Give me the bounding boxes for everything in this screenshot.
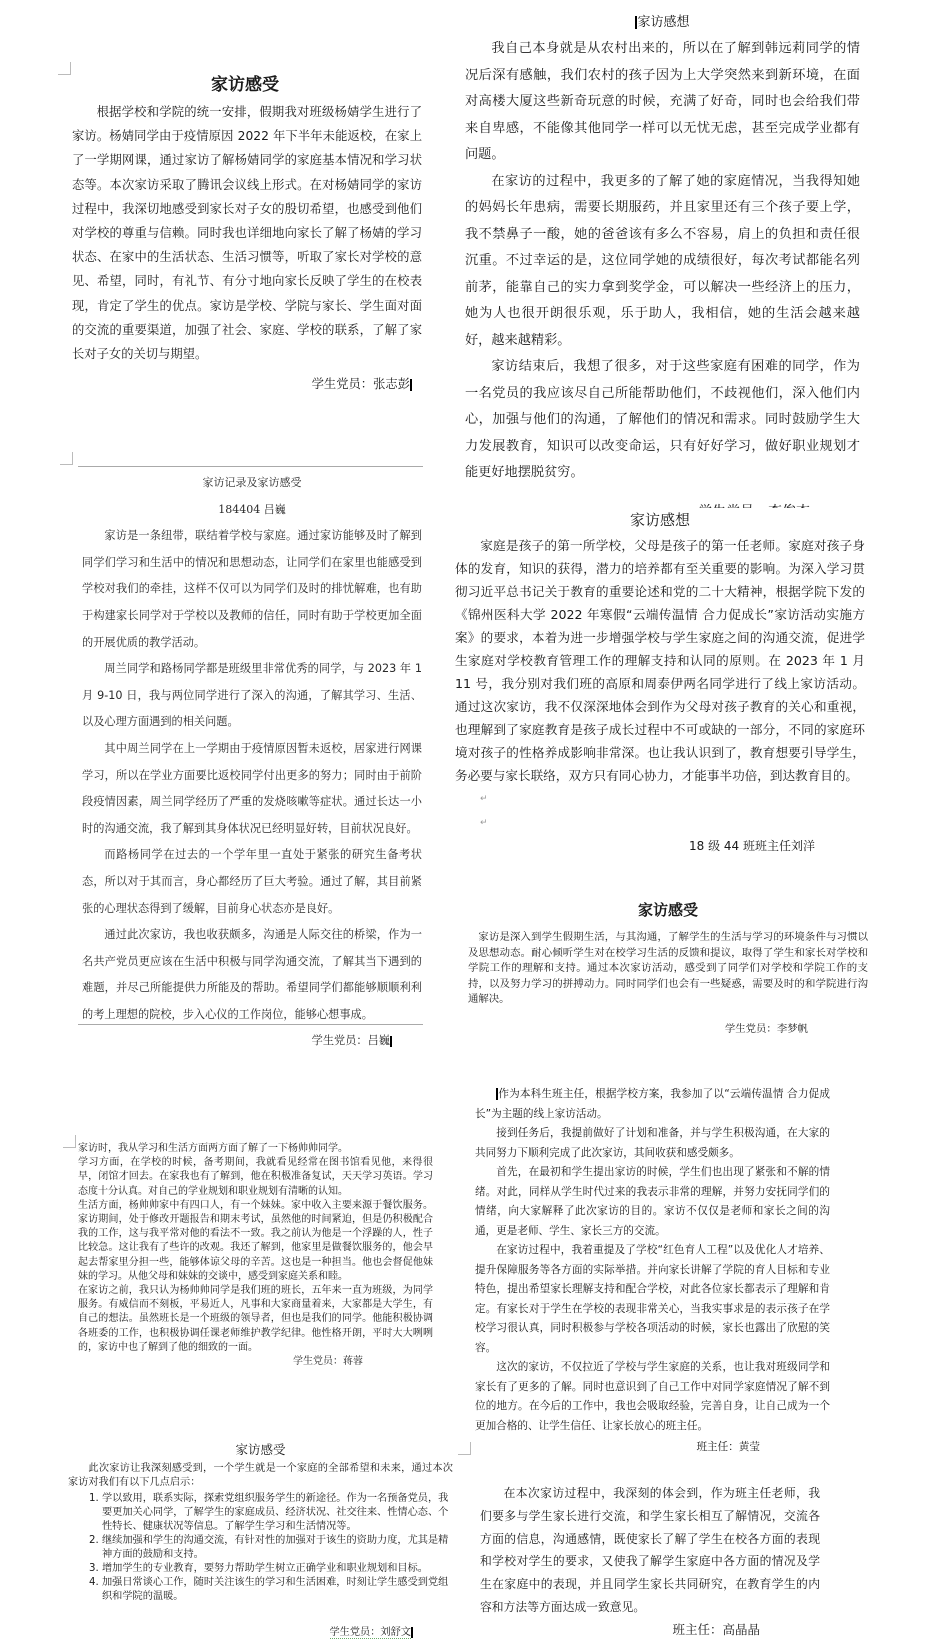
paragraph-mark: ↵ — [455, 787, 865, 811]
document-paragraph: 这次的家访，不仅拉近了学校与学生家庭的关系，也让我对班级同学和家长有了更多的了解… — [475, 1358, 830, 1436]
text-cursor — [410, 379, 412, 391]
insight-item: 继续加强和学生的沟通交流，有针对性的加强对于该生的资助力度，尤其是精神方面的鼓励… — [102, 1534, 453, 1562]
document-title: 家访感受 — [468, 898, 868, 922]
signature: 学生党员：李梦帆 — [468, 1022, 868, 1038]
insight-item: 学以致用，联系实际，探索党组织服务学生的新途径。作为一名预备党员，我要更加关心同… — [102, 1492, 453, 1534]
document-panel-zhang: 家访感受 根据学校和学院的统一安排，假期我对班级杨婧学生进行了家访。杨婧同学由于… — [60, 62, 430, 392]
document-paragraph: 接到任务后，我提前做好了计划和准备，并与学生积极沟通，在大家的共同努力下顺利完成… — [475, 1124, 830, 1163]
document-paragraph: 家访是一条纽带，联结着学校与家庭。通过家访能够及时了解到同学们学习和生活中的情况… — [82, 523, 422, 656]
document-paragraph: 周兰同学和路杨同学都是班级里非常优秀的同学，与 2023 年 1 月 9-10 … — [82, 656, 422, 736]
document-paragraph: 在家访之前，我只认为杨帅帅同学是我们班的班长，五年来一直为班级，为同学服务。有威… — [78, 1284, 433, 1355]
document-paragraph: 作为本科生班主任，根据学校方案，我参加了以“云端传温情 合力促成长”为主题的线上… — [475, 1085, 830, 1124]
signature: 学生党员：张志彭 — [60, 372, 430, 396]
document-panel-jiang-rong: 家访时，我从学习和生活方面两方面了解了一下杨帅帅同学。 学习方面，在学校的时候，… — [78, 1142, 433, 1342]
document-paragraph: 家访是深入到学生假期生活，与其沟通，了解学生的生活与学习的环境条件与习惯以及思想… — [468, 930, 868, 1008]
page-corner-mark — [58, 62, 71, 75]
document-paragraph: 其中周兰同学在上一学期由于疫情原因暂未返校，居家进行网课学习，所以在学业方面要比… — [82, 736, 422, 842]
paragraph-mark: ↵ — [455, 811, 865, 835]
document-panel-huang-ying: 作为本科生班主任，根据学校方案，我参加了以“云端传温情 合力促成长”为主题的线上… — [475, 1085, 830, 1435]
document-paragraph-text: 作为本科生班主任，根据学校方案，我参加了以“云端传温情 合力促成长”为主题的线上… — [475, 1088, 830, 1120]
document-paragraph: 在本次家访过程中，我深刻的体会到，作为班主任老师，我们要多与学生家长进行交流，和… — [480, 1482, 820, 1619]
document-title-text: 家访感想 — [637, 15, 689, 30]
document-title: 家访感想 — [465, 12, 860, 34]
document-panel-lv-wei: 家访记录及家访感受 184404 吕巍 家访是一条纽带，联结着学校与家庭。通过家… — [82, 470, 422, 1020]
page-corner-mark — [60, 452, 73, 465]
document-subtitle: 184404 吕巍 — [82, 497, 422, 524]
signature: 班主任：黄莹 — [475, 1438, 830, 1458]
document-paragraph: 首先，在最初和学生提出家访的时候，学生们也出现了紧张和不解的情绪。对此，同样从学… — [475, 1163, 830, 1241]
document-paragraph: 家访时，我从学习和生活方面两方面了解了一下杨帅帅同学。 — [78, 1142, 433, 1156]
signature: 学生党员：吕巍 — [82, 1028, 422, 1055]
document-title: 家访记录及家访感受 — [82, 470, 422, 497]
text-cursor — [411, 1627, 413, 1638]
document-title: 家访感想 — [455, 508, 865, 532]
signature-text: 学生党员：张志彭 — [312, 377, 410, 391]
document-paragraph: 根据学校和学院的统一安排，假期我对班级杨婧学生进行了家访。杨婧同学由于疫情原因 … — [60, 100, 430, 366]
document-paragraph: 学习方面，在学校的时候，备考期间，我就看见经常在图书馆看见他，来得很早，闭馆才回… — [78, 1156, 433, 1199]
document-paragraph: 生活方面，杨帅帅家中有四口人，有一个妹妹。家中收入主要来源于餐饮服务。家访期间，… — [78, 1199, 433, 1284]
document-panel-liu-shuwen: 家访感受 此次家访让我深刻感受到，一个学生就是一个家庭的全部希望和未来，通过本次… — [68, 1440, 453, 1640]
insight-item: 加强日常谈心工作，随时关注该生的学习和生活困难，时刻让学生感受到党组织和学院的温… — [102, 1576, 453, 1604]
document-intro: 此次家访让我深刻感受到，一个学生就是一个家庭的全部希望和未来，通过本次家访对我们… — [68, 1462, 453, 1490]
document-title: 家访感受 — [68, 1440, 453, 1460]
signature-text: 学生党员：刘舒文 — [330, 1627, 412, 1639]
insight-item: 增加学生的专业教育，要努力帮助学生树立正确学业和职业规划和目标。 — [102, 1562, 453, 1576]
document-paragraph: 而路杨同学在过去的一个学年里一直处于紧张的研究生备考状态，所以对于其而言，身心都… — [82, 842, 422, 922]
document-panel-liu-yang: 家访感想 家庭是孩子的第一所学校，父母是孩子的第一任老师。家庭对孩子身体的发育，… — [455, 508, 865, 818]
signature-text: 学生党员：吕巍 — [312, 1034, 390, 1047]
document-panel-li-mengfan: 家访感受 家访是深入到学生假期生活，与其沟通，了解学生的生活与学习的环境条件与习… — [468, 898, 868, 1008]
signature: 学生党员：蒋蓉 — [78, 1355, 433, 1369]
page-corner-mark — [63, 1135, 76, 1148]
document-panel-li-junjie: 家访感想 我自己本身就是从农村出来的，所以在了解到韩远莉同学的情况后深有感触，我… — [465, 12, 860, 442]
document-paragraph: 在家访过程中，我着重提及了学校“红色育人工程”以及优化人才培养、提升保障服务等各… — [475, 1241, 830, 1358]
text-cursor — [390, 1036, 392, 1047]
document-title: 家访感受 — [60, 72, 430, 98]
document-paragraph: 在家访的过程中，我更多的了解了她的家庭情况，当我得知她的妈妈长年患病，需要长期服… — [465, 169, 860, 355]
document-paragraph: 家访结束后，我想了很多，对于这些家庭有困难的同学，作为一名党员的我应该尽自己所能… — [465, 354, 860, 487]
insight-list: 学以致用，联系实际，探索党组织服务学生的新途径。作为一名预备党员，我要更加关心同… — [68, 1492, 453, 1604]
document-paragraph: 家庭是孩子的第一所学校，父母是孩子的第一任老师。家庭对孩子身体的发育，知识的获得… — [455, 534, 865, 787]
signature: 18 级 44 班班主任刘洋 — [455, 835, 865, 858]
signature: 班主任：高晶晶 — [480, 1619, 820, 1642]
document-paragraph: 通过此次家访，我也收获颇多，沟通是人际交往的桥梁，作为一名共产党员更应该在生活中… — [82, 922, 422, 1028]
page-top-rule — [78, 466, 423, 467]
page-corner-mark — [458, 1442, 471, 1455]
page-bottom-rule — [78, 1024, 423, 1025]
document-paragraph: 我自己本身就是从农村出来的，所以在了解到韩远莉同学的情况后深有感触，我们农村的孩… — [465, 36, 860, 169]
document-panel-gao-jingjing: 在本次家访过程中，我深刻的体会到，作为班主任老师，我们要多与学生家长进行交流，和… — [480, 1482, 820, 1642]
signature: 学生党员：刘舒文 — [68, 1626, 453, 1640]
